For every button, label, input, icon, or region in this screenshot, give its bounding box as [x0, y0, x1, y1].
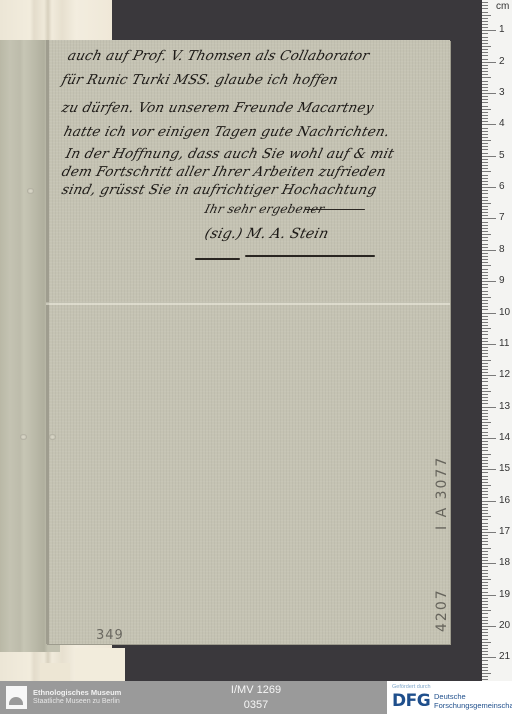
ruler-tick — [482, 507, 488, 508]
punch-hole — [49, 434, 56, 440]
ruler-tick — [482, 24, 488, 25]
ruler-tick — [482, 676, 488, 677]
ruler-tick — [482, 68, 488, 69]
ruler-tick — [482, 403, 488, 404]
ruler-tick — [482, 344, 496, 345]
ruler-tick — [482, 294, 488, 295]
ruler-tick — [482, 265, 491, 266]
ruler-tick — [482, 247, 488, 248]
ruler-tick — [482, 203, 491, 204]
signature-flourish — [195, 258, 240, 260]
ruler-tick — [482, 212, 488, 213]
ruler-tick — [482, 33, 488, 34]
ruler-tick — [482, 413, 488, 414]
ruler-tick — [482, 435, 488, 436]
ruler-label: 16 — [499, 496, 510, 506]
ruler-tick — [482, 37, 488, 38]
ruler-tick — [482, 225, 488, 226]
ruler-tick — [482, 106, 488, 107]
pencil-reference: I A 3077 — [434, 456, 450, 530]
ruler-label: 4 — [499, 119, 505, 129]
ruler-tick — [482, 626, 496, 627]
letter-line: dem Fortschritt aller Ihrer Arbeiten zuf… — [60, 164, 388, 180]
ruler-tick — [482, 397, 488, 398]
ruler-tick — [482, 244, 488, 245]
ruler-tick — [482, 218, 496, 219]
ruler-label: 20 — [499, 621, 510, 631]
ruler-tick — [482, 629, 488, 630]
ruler-tick — [482, 134, 488, 135]
ruler-tick — [482, 206, 488, 207]
ruler-tick — [482, 319, 488, 320]
cm-ruler: cm 123456789101112131415161718192021 — [482, 0, 512, 681]
ruler-tick — [482, 250, 496, 251]
dfg-logo-icon: DFG — [392, 691, 430, 711]
ruler-tick — [482, 171, 491, 172]
ruler-tick — [482, 65, 488, 66]
ruler-tick — [482, 381, 488, 382]
ruler-tick — [482, 331, 488, 332]
ruler-tick — [482, 523, 488, 524]
ruler-tick — [482, 178, 488, 179]
ruler-tick — [482, 197, 488, 198]
ruler-tick — [482, 613, 488, 614]
ruler-tick — [482, 256, 488, 257]
ruler-tick — [482, 441, 488, 442]
ruler-tick — [482, 109, 491, 110]
ruler-tick — [482, 128, 488, 129]
ruler-tick — [482, 557, 488, 558]
ruler-tick — [482, 645, 488, 646]
ruler-tick — [482, 504, 488, 505]
ruler-tick — [482, 124, 496, 125]
ruler-tick — [482, 30, 496, 31]
ruler-label: 21 — [499, 652, 510, 662]
ruler-tick — [482, 573, 488, 574]
ruler-tick — [482, 601, 488, 602]
ruler-label: 2 — [499, 57, 505, 67]
ruler-tick — [482, 670, 488, 671]
ruler-tick — [482, 422, 491, 423]
ruler-tick — [482, 378, 488, 379]
ruler-tick — [482, 74, 488, 75]
ruler-label: 5 — [499, 151, 505, 161]
ruler-tick — [482, 121, 488, 122]
ruler-tick — [482, 485, 491, 486]
ruler-tick — [482, 532, 496, 533]
ruler-label: 3 — [499, 88, 505, 98]
ruler-tick — [482, 639, 488, 640]
ruler-tick — [482, 140, 491, 141]
ruler-tick — [482, 21, 488, 22]
punch-hole — [20, 434, 27, 440]
ruler-tick — [482, 99, 488, 100]
ruler-tick — [482, 419, 488, 420]
ruler-tick — [482, 642, 491, 643]
funding-label: Gefördert durch — [392, 684, 431, 690]
ruler-tick — [482, 5, 488, 6]
ruler-tick — [482, 168, 488, 169]
ruler-tick — [482, 563, 496, 564]
ruler-tick — [482, 143, 488, 144]
ruler-tick — [482, 457, 488, 458]
ruler-tick — [482, 488, 488, 489]
ruler-tick — [482, 306, 488, 307]
ruler-tick — [482, 526, 488, 527]
ruler-tick — [482, 222, 488, 223]
ruler-tick — [482, 303, 488, 304]
ruler-tick — [482, 313, 496, 314]
ruler-tick — [482, 538, 488, 539]
ruler-tick — [482, 278, 488, 279]
ruler-tick — [482, 460, 488, 461]
ruler-label: 10 — [499, 308, 510, 318]
ruler-tick — [482, 360, 491, 361]
ruler-label: 6 — [499, 182, 505, 192]
ruler-tick — [482, 463, 488, 464]
ruler-label: 8 — [499, 245, 505, 255]
funder-name: Deutsche — [434, 692, 466, 701]
ruler-tick — [482, 162, 488, 163]
ruler-tick — [482, 228, 488, 229]
ruler-tick — [482, 341, 488, 342]
ruler-tick — [482, 466, 488, 467]
ruler-tick — [482, 115, 488, 116]
ruler-tick — [482, 595, 496, 596]
ruler-tick — [482, 570, 488, 571]
ruler-tick — [482, 190, 488, 191]
ruler-tick — [482, 275, 488, 276]
ruler-tick — [482, 12, 488, 13]
ruler-tick — [482, 52, 488, 53]
ruler-tick — [482, 193, 488, 194]
ruler-tick — [482, 585, 488, 586]
ruler-tick — [482, 112, 488, 113]
ruler-tick — [482, 77, 491, 78]
ruler-tick — [482, 43, 488, 44]
ruler-tick — [482, 635, 488, 636]
ruler-label: 15 — [499, 464, 510, 474]
ruler-tick — [482, 2, 488, 3]
ruler-tick — [482, 322, 488, 323]
ruler-tick — [482, 350, 488, 351]
letter-line: auch auf Prof. V. Thomsen als Collaborat… — [66, 48, 371, 64]
ruler-tick — [482, 579, 491, 580]
ruler-tick — [482, 156, 496, 157]
ruler-tick — [482, 200, 488, 201]
ruler-tick — [482, 544, 488, 545]
ruler-label: 19 — [499, 590, 510, 600]
ruler-tick — [482, 450, 488, 451]
ruler-tick — [482, 87, 488, 88]
ruler-tick — [482, 632, 488, 633]
ruler-tick — [482, 651, 488, 652]
ruler-tick — [482, 93, 496, 94]
ruler-tick — [482, 582, 488, 583]
ruler-unit-label: cm — [496, 1, 509, 12]
ruler-label: 7 — [499, 213, 505, 223]
ruler-tick — [482, 262, 488, 263]
ruler-tick — [482, 96, 488, 97]
ruler-tick — [482, 482, 488, 483]
ruler-tick — [482, 444, 488, 445]
ruler-tick — [482, 560, 488, 561]
pencil-number: 349 — [96, 628, 124, 643]
ruler-tick — [482, 369, 488, 370]
ruler-tick — [482, 648, 488, 649]
ruler-tick — [482, 165, 488, 166]
ruler-tick — [482, 184, 488, 185]
ruler-tick — [482, 15, 491, 16]
ruler-tick — [482, 71, 488, 72]
punch-hole — [27, 188, 34, 194]
ruler-tick — [482, 592, 488, 593]
ruler-tick — [482, 62, 496, 63]
ruler-tick — [482, 607, 488, 608]
ruler-tick — [482, 209, 488, 210]
ruler-tick — [482, 388, 488, 389]
signature: (sig.) M. A. Stein — [203, 226, 330, 242]
ruler-tick — [482, 425, 488, 426]
ruler-tick — [482, 416, 488, 417]
ruler-tick — [482, 153, 488, 154]
ruler-label: 13 — [499, 402, 510, 412]
ruler-tick — [482, 472, 488, 473]
ruler-tick — [482, 610, 491, 611]
ruler-tick — [482, 372, 488, 373]
ruler-tick — [482, 49, 488, 50]
ruler-tick — [482, 664, 488, 665]
ruler-tick — [482, 90, 488, 91]
letter-page: auch auf Prof. V. Thomsen als Collaborat… — [46, 40, 450, 644]
ruler-tick — [482, 447, 488, 448]
ruler-tick — [482, 137, 488, 138]
ruler-label: 18 — [499, 558, 510, 568]
ruler-tick — [482, 297, 491, 298]
fold-crease — [46, 302, 450, 305]
ruler-tick — [482, 366, 488, 367]
ruler-tick — [482, 479, 488, 480]
ruler-tick — [482, 240, 488, 241]
ruler-tick — [482, 287, 488, 288]
ruler-tick — [482, 46, 491, 47]
ruler-tick — [482, 328, 491, 329]
ruler-label: 9 — [499, 276, 505, 286]
ruler-tick — [482, 259, 488, 260]
ruler-tick — [482, 519, 488, 520]
paper-edge — [46, 40, 49, 644]
funder-panel: Gefördert durch DFG Deutsche Forschungsg… — [387, 681, 512, 714]
ruler-tick — [482, 400, 488, 401]
ruler-tick — [482, 516, 491, 517]
ruler-tick — [482, 620, 488, 621]
ruler-tick — [482, 347, 488, 348]
ruler-tick — [482, 501, 496, 502]
ruler-tick — [482, 253, 488, 254]
ruler-tick — [482, 146, 488, 147]
ruler-tick — [482, 234, 491, 235]
scan-background — [470, 0, 482, 681]
closing-rule — [305, 209, 365, 210]
footer-bar: Ethnologisches Museum Staatliche Museen … — [0, 681, 512, 714]
ruler-tick — [482, 118, 488, 119]
ruler-tick — [482, 529, 488, 530]
document-scan: auch auf Prof. V. Thomsen als Collaborat… — [0, 0, 512, 681]
ruler-tick — [482, 59, 488, 60]
ruler-tick — [482, 513, 488, 514]
ruler-tick — [482, 215, 488, 216]
ruler-tick — [482, 535, 488, 536]
letter-line: für Runic Turki MSS. glaube ich hoffen — [60, 72, 340, 88]
ruler-tick — [482, 338, 488, 339]
ruler-tick — [482, 469, 496, 470]
ruler-tick — [482, 375, 496, 376]
ruler-tick — [482, 40, 488, 41]
ruler-tick — [482, 476, 488, 477]
ruler-tick — [482, 353, 488, 354]
ruler-tick — [482, 438, 496, 439]
ruler-tick — [482, 102, 488, 103]
ruler-tick — [482, 300, 488, 301]
ruler-tick — [482, 510, 488, 511]
letter-line: zu dürfen. Von unserem Freunde Macartney — [60, 100, 375, 116]
letter-line: In der Hoffnung, dass auch Sie wohl auf … — [64, 146, 396, 162]
ruler-tick — [482, 657, 496, 658]
ruler-tick — [482, 394, 488, 395]
ruler-tick — [482, 272, 488, 273]
ruler-tick — [482, 231, 488, 232]
ruler-tick — [482, 428, 488, 429]
ruler-tick — [482, 84, 488, 85]
ruler-tick — [482, 55, 488, 56]
ruler-tick — [482, 159, 488, 160]
ruler-tick — [482, 334, 488, 335]
ruler-label: 17 — [499, 527, 510, 537]
ruler-label: 1 — [499, 25, 505, 35]
ruler-tick — [482, 494, 488, 495]
ruler-tick — [482, 566, 488, 567]
ruler-label: 11 — [499, 339, 509, 349]
ruler-tick — [482, 551, 488, 552]
ruler-tick — [482, 617, 488, 618]
ruler-tick — [482, 554, 488, 555]
ruler-tick — [482, 309, 488, 310]
ruler-tick — [482, 548, 491, 549]
ruler-tick — [482, 316, 488, 317]
ruler-tick — [482, 385, 488, 386]
ruler-tick — [482, 175, 488, 176]
pencil-inventory-number: 4207 — [434, 588, 450, 632]
ruler-tick — [482, 673, 491, 674]
ruler-tick — [482, 18, 488, 19]
ruler-tick — [482, 598, 488, 599]
ruler-tick — [482, 660, 488, 661]
ruler-tick — [482, 325, 488, 326]
ruler-label: 12 — [499, 370, 510, 380]
ruler-tick — [482, 187, 496, 188]
ruler-tick — [482, 454, 491, 455]
signature-flourish — [245, 255, 375, 257]
ruler-tick — [482, 391, 491, 392]
ruler-tick — [482, 623, 488, 624]
ruler-tick — [482, 497, 488, 498]
letter-line: sind, grüsst Sie in aufrichtiger Hochach… — [60, 182, 378, 198]
ruler-tick — [482, 576, 488, 577]
ruler-tick — [482, 237, 488, 238]
ruler-tick — [482, 149, 488, 150]
ruler-tick — [482, 410, 488, 411]
ruler-label: 14 — [499, 433, 510, 443]
ruler-tick — [482, 131, 488, 132]
letter-line: hatte ich vor einigen Tagen gute Nachric… — [62, 124, 391, 140]
ruler-tick — [482, 363, 488, 364]
ruler-tick — [482, 8, 488, 9]
ruler-tick — [482, 291, 488, 292]
ruler-tick — [482, 284, 488, 285]
ruler-tick — [482, 654, 488, 655]
ruler-tick — [482, 281, 496, 282]
ruler-tick — [482, 432, 488, 433]
background-paper-corner — [40, 663, 70, 681]
ruler-tick — [482, 407, 496, 408]
ruler-tick — [482, 491, 488, 492]
ruler-tick — [482, 27, 488, 28]
ruler-tick — [482, 356, 488, 357]
funder-name: Forschungsgemeinschaft — [434, 701, 512, 710]
ruler-tick — [482, 667, 488, 668]
ruler-tick — [482, 588, 488, 589]
ruler-tick — [482, 541, 488, 542]
ruler-tick — [482, 81, 488, 82]
ruler-tick — [482, 269, 488, 270]
ruler-tick — [482, 181, 488, 182]
ruler-tick — [482, 604, 488, 605]
background-paper-corner — [75, 648, 125, 681]
